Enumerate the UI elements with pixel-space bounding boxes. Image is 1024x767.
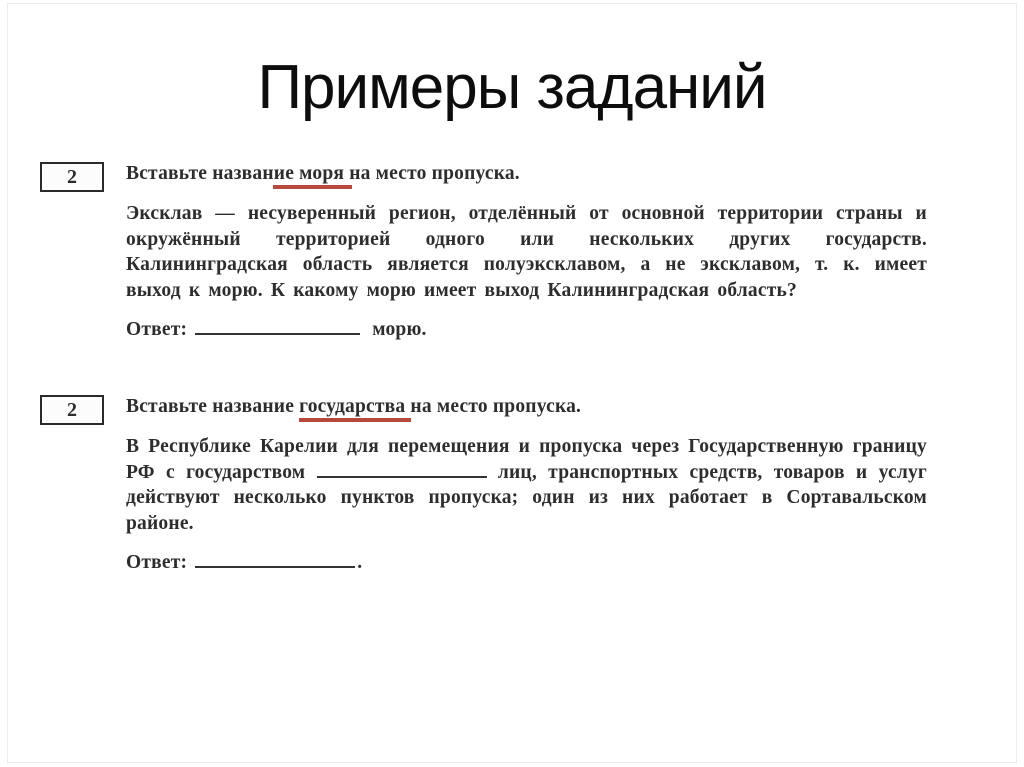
- slide-title: Примеры заданий: [0, 52, 1024, 123]
- task-1-body: Вставьте название моря на место пропуска…: [126, 161, 927, 342]
- task-1-number-box: 2: [40, 162, 104, 192]
- task-2-answer-suffix: .: [357, 552, 362, 573]
- task-2-number: 2: [67, 399, 77, 422]
- task-1-answer-line: Ответ:морю.: [126, 317, 927, 342]
- task-1-answer-label: Ответ:: [126, 319, 187, 340]
- task-1-number: 2: [67, 166, 77, 189]
- task-1: 2 Вставьте название моря на место пропус…: [40, 161, 927, 342]
- task-2-number-box: 2: [40, 395, 104, 425]
- task-1-answer-blank: [195, 321, 360, 335]
- task-2-answer-label: Ответ:: [126, 552, 187, 573]
- task-2-prompt-suffix: на место пропуска.: [405, 396, 581, 417]
- task-2-answer-line: Ответ:.: [126, 550, 927, 575]
- slide: Примеры заданий 2 Вставьте название моря…: [0, 0, 1024, 767]
- task-1-prompt-suffix: на место пропуска.: [344, 163, 520, 184]
- task-2-prompt: Вставьте название государства на место п…: [126, 394, 927, 419]
- task-2-inline-blank: [317, 464, 487, 478]
- task-2-answer-blank: [195, 554, 355, 568]
- task-2: 2 Вставьте название государства на место…: [40, 394, 927, 575]
- task-2-text: В Республике Карелии для перемещения и п…: [126, 434, 927, 536]
- task-1-text: Эксклав — несуверенный регион, отделённы…: [126, 201, 927, 303]
- task-1-prompt: Вставьте название моря на место пропуска…: [126, 161, 927, 186]
- task-2-prompt-prefix: Вставьте название: [126, 396, 299, 417]
- task-1-answer-suffix: морю.: [372, 319, 426, 340]
- task-1-highlighted-word: моря: [273, 163, 352, 189]
- task-2-body: Вставьте название государства на место п…: [126, 394, 927, 575]
- task-2-highlighted-word: государства: [299, 396, 411, 422]
